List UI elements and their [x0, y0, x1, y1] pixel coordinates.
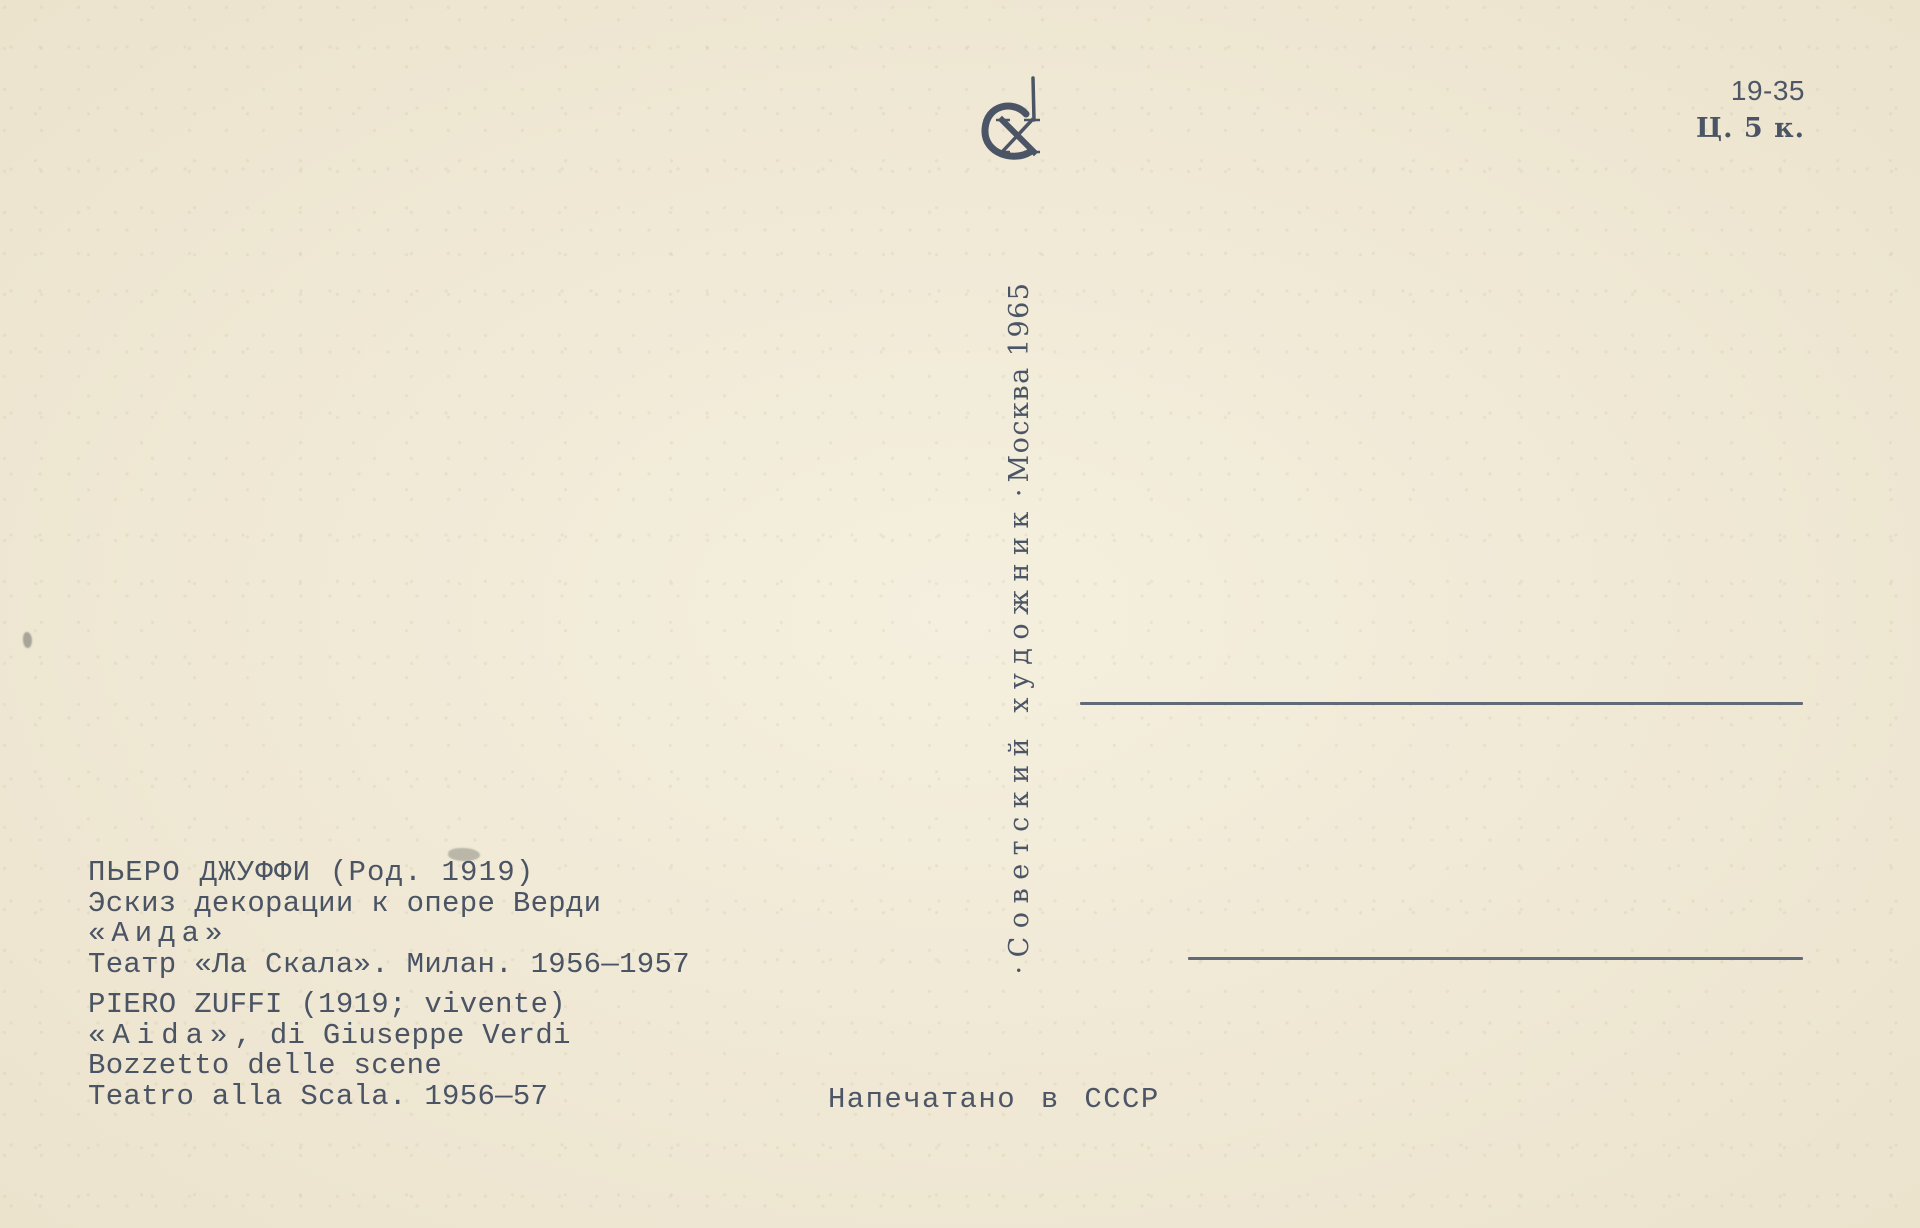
caption-it-theatre: Teatro alla Scala. 1956—57: [88, 1082, 690, 1113]
caption-it-description: Bozzetto delle scene: [88, 1051, 690, 1082]
artwork-caption: ПЬЕРО ДЖУФФИ (Род. 1919) Эскиз декорации…: [88, 858, 690, 1112]
caption-ru-work: «Аида»: [88, 919, 690, 950]
publisher-logo-icon: [978, 70, 1048, 162]
paper-blemish: [448, 848, 480, 861]
price-label: Ц. 5 к.: [1660, 112, 1805, 146]
caption-ru-description: Эскиз декорации к опере Верди: [88, 889, 690, 920]
caption-it-work-title: «Aida»: [88, 1019, 234, 1052]
caption-italian: PIERO ZUFFI (1919; vivente) «Aida», di G…: [88, 990, 690, 1112]
catalog-number: 19-35: [1690, 74, 1805, 108]
postcard-back: 19-35 Ц. 5 к. ·Советский художник·Москва…: [0, 0, 1920, 1228]
address-line-2: [1188, 957, 1803, 960]
imprint-city-year: Москва 1965: [1004, 282, 1035, 483]
caption-ru-artist: ПЬЕРО ДЖУФФИ (Род. 1919): [88, 858, 690, 889]
paper-blemish: [23, 632, 32, 648]
caption-it-work-line: «Aida», di Giuseppe Verdi: [88, 1021, 690, 1052]
caption-it-work-suffix: , di Giuseppe Verdi: [234, 1019, 570, 1052]
caption-ru-theatre: Театр «Ла Скала». Милан. 1956—1957: [88, 950, 690, 981]
publisher-name: ·Советский художник: [1004, 503, 1035, 974]
caption-russian: ПЬЕРО ДЖУФФИ (Род. 1919) Эскиз декорации…: [88, 858, 690, 980]
printed-in-ussr: Напечатано в СССР: [828, 1083, 1160, 1117]
imprint-separator: ·: [1004, 489, 1035, 498]
address-line-1: [1080, 702, 1803, 705]
caption-it-artist: PIERO ZUFFI (1919; vivente): [88, 990, 690, 1021]
